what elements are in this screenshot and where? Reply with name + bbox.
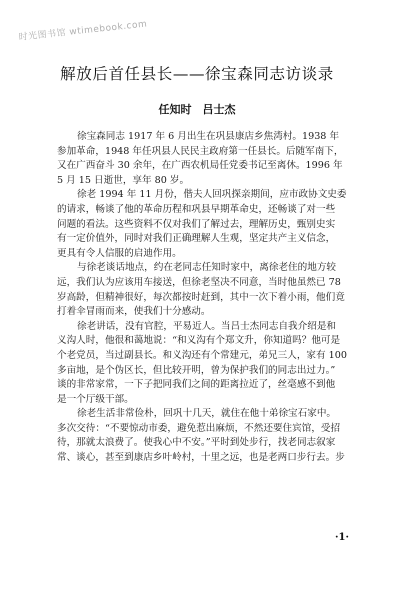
text-line: 是一个厅级干部。 — [57, 393, 357, 408]
text-line: 徐老讲话，没有官腔，平易近人。当吕士杰同志自我介绍是和 — [57, 320, 357, 335]
text-line: 问题的看法。这些资料不仅对我们了解过去，理解历史，甄别史实 — [57, 218, 357, 233]
text-line: 更具有令人信服的启迪作用。 — [57, 247, 357, 262]
article-title: 解放后首任县长——徐宝森同志访谈录 — [0, 62, 394, 84]
text-line: 常、谈心，甚至到康店乡叶岭村，十里之远，也是老两口步行去。步 — [57, 451, 357, 466]
text-line: 待，那就太浪费了。使我心中不安。”平时到处步行，找老同志叙家 — [57, 436, 357, 451]
text-line: 远，我们认为应该用车接送，但徐老坚决不同意，当时他虽然已 78 — [57, 276, 357, 291]
text-line: 徐老 1994 年 11 月份，偕夫人回巩探亲期间，应市政协文史委 — [57, 188, 357, 203]
text-line: 多亩地，是个伪区长，但比较开明，曾为保护我们的同志出过力。” — [57, 364, 357, 379]
article-body: 徐宝森同志 1917 年 6 月出生在巩县康店乡焦湾村。1938 年 参加革命，… — [57, 130, 357, 466]
text-line: 个老党员，当过副县长。和义沟还有个常建元，弟兄三人，家有 100 — [57, 349, 357, 364]
text-line: 谈的非常家常，一下子把同我们之间的距离拉近了，丝毫感不到他 — [57, 378, 357, 393]
text-line: 岁高龄，但精神很好，每次都按时赶到，其中一次下着小雨，他们竟 — [57, 291, 357, 306]
article-authors: 任知时 吕士杰 — [0, 101, 394, 117]
text-line: 徐宝森同志 1917 年 6 月出生在巩县康店乡焦湾村。1938 年 — [57, 130, 357, 145]
paragraph: 与徐老谈话地点，约在老同志任知时家中，离徐老住的地方较 远，我们认为应该用车接送… — [57, 261, 357, 319]
text-line: 与徐老谈话地点，约在老同志任知时家中，离徐老住的地方较 — [57, 261, 357, 276]
paragraph: 徐老 1994 年 11 月份，偕夫人回巩探亲期间，应市政协文史委 的请求，畅谈… — [57, 188, 357, 261]
text-line: 5 月 15 日逝世，享年 80 岁。 — [57, 174, 357, 189]
text-line: 打着伞冒雨而来，使我们十分感动。 — [57, 305, 357, 320]
paragraph: 徐宝森同志 1917 年 6 月出生在巩县康店乡焦湾村。1938 年 参加革命，… — [57, 130, 357, 188]
text-line: 义沟人时，他很和蔼地说：“和义沟有个郑文升，你知道吗？他可是 — [57, 334, 357, 349]
text-line: 又在广西奋斗 30 余年，在广西农机局任党委书记至离休。1996 年 — [57, 159, 357, 174]
text-line: 有一定价值外，同时对我们正确理解人生观，坚定共产主义信念， — [57, 232, 357, 247]
text-line: 多次交待：“不要惊动市委，避免惹出麻烦，不然还要住宾馆，受招 — [57, 422, 357, 437]
watermark: 时光图书馆 wtimebook.com — [18, 17, 148, 43]
text-line: 的请求，畅谈了他的革命历程和巩县早期革命史，还畅谈了对一些 — [57, 203, 357, 218]
text-line: 徐老生活非常俭朴，回巩十几天，就住在他十弟徐宝石家中。 — [57, 407, 357, 422]
paragraph: 徐老生活非常俭朴，回巩十几天，就住在他十弟徐宝石家中。 多次交待：“不要惊动市委… — [57, 407, 357, 465]
page-number: ·1· — [335, 532, 349, 543]
paragraph: 徐老讲话，没有官腔，平易近人。当吕士杰同志自我介绍是和 义沟人时，他很和蔼地说：… — [57, 320, 357, 408]
text-line: 参加革命，1948 年任巩县人民民主政府第一任县长。后随军南下， — [57, 145, 357, 160]
